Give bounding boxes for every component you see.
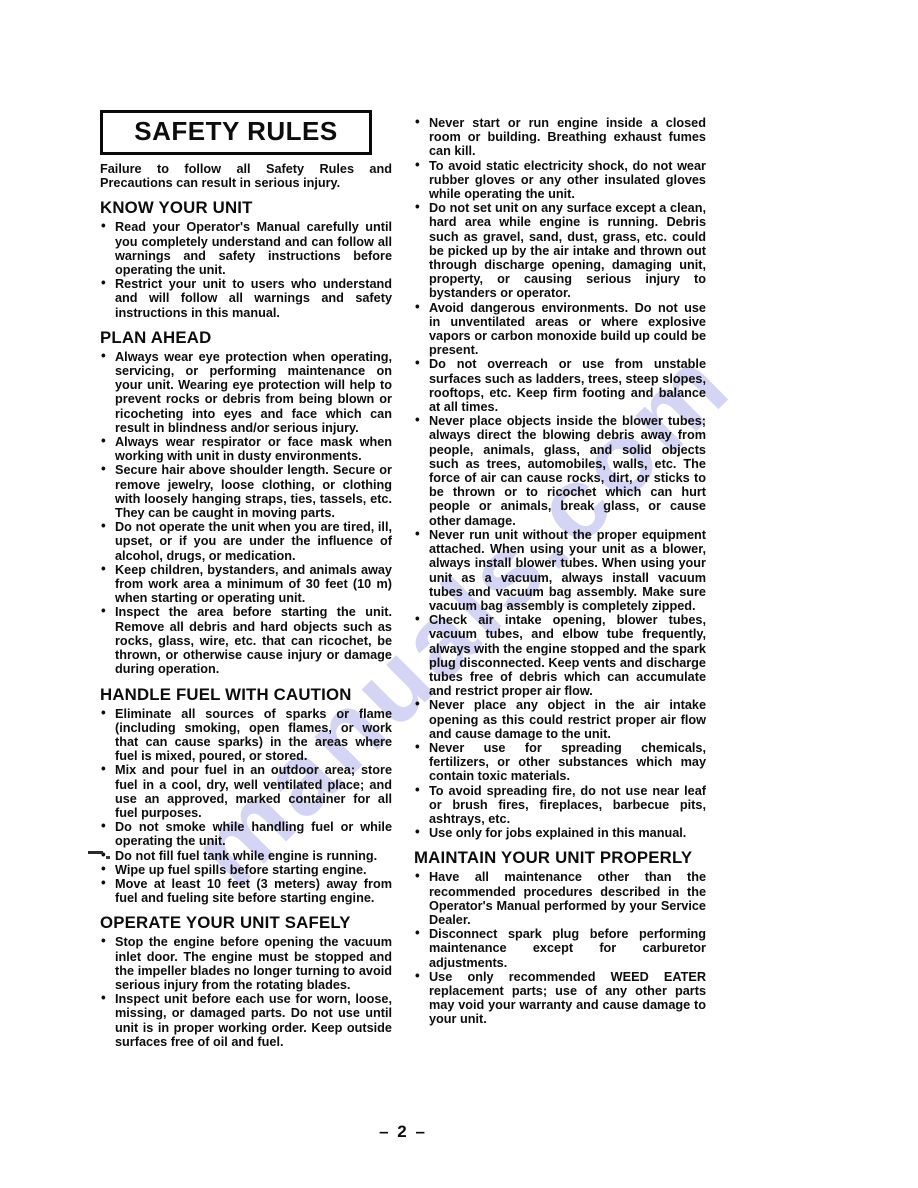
bullet-list: Never start or run engine inside a close… [414, 116, 706, 840]
bullet-item: Stop the engine before opening the vacuu… [100, 935, 392, 992]
section-heading: HANDLE FUEL WITH CAUTION [100, 685, 392, 705]
bullet-item: Check air intake opening, blower tubes, … [414, 613, 706, 698]
bullet-item: To avoid spreading fire, do not use near… [414, 784, 706, 827]
left-column: SAFETY RULES Failure to follow all Safet… [100, 110, 392, 1049]
bullet-item: Eliminate all sources of sparks or flame… [100, 707, 392, 764]
safety-rules-title-box: SAFETY RULES [100, 110, 372, 155]
bullet-list: Eliminate all sources of sparks or flame… [100, 707, 392, 906]
bullet-item: Do not operate the unit when you are tir… [100, 520, 392, 563]
bullet-item: Never place objects inside the blower tu… [414, 414, 706, 528]
bullet-item: Do not fill fuel tank while engine is ru… [100, 849, 392, 863]
bullet-item: Have all maintenance other than the reco… [414, 870, 706, 927]
section-heading: MAINTAIN YOUR UNIT PROPERLY [414, 848, 706, 868]
scan-artifact-dash [88, 851, 103, 854]
bullet-item: Never run unit without the proper equipm… [414, 528, 706, 613]
bullet-item: Avoid dangerous environments. Do not use… [414, 301, 706, 358]
bullet-list: Stop the engine before opening the vacuu… [100, 935, 392, 1049]
page-number: – 2 – [100, 1122, 706, 1142]
bullet-item: Wipe up fuel spills before starting engi… [100, 863, 392, 877]
bullet-list: Always wear eye protection when operatin… [100, 350, 392, 677]
bullet-item: Use only for jobs explained in this manu… [414, 826, 706, 840]
bullet-item: Disconnect spark plug before performing … [414, 927, 706, 970]
bullet-item: Do not set unit on any surface except a … [414, 201, 706, 300]
manual-page: manuals.com SAFETY RULES Failure to foll… [0, 0, 918, 1188]
scan-artifact-dot [106, 856, 110, 859]
bullet-item: Restrict your unit to users who understa… [100, 277, 392, 320]
bullet-item: Use only recommended WEED EATER replacem… [414, 970, 706, 1027]
bullet-item: Read your Operator's Manual carefully un… [100, 220, 392, 277]
bullet-item: Mix and pour fuel in an outdoor area; st… [100, 763, 392, 820]
bullet-item: Secure hair above shoulder length. Secur… [100, 463, 392, 520]
section-heading: PLAN AHEAD [100, 328, 392, 348]
bullet-list: Have all maintenance other than the reco… [414, 870, 706, 1026]
intro-paragraph: Failure to follow all Safety Rules and P… [100, 162, 392, 190]
section-heading: KNOW YOUR UNIT [100, 198, 392, 218]
bullet-item: Keep children, bystanders, and animals a… [100, 563, 392, 606]
bullet-item: Inspect unit before each use for worn, l… [100, 992, 392, 1049]
bullet-item: Never place any object in the air intake… [414, 698, 706, 741]
bullet-list: Read your Operator's Manual carefully un… [100, 220, 392, 319]
bullet-item: Never start or run engine inside a close… [414, 116, 706, 159]
page-content: SAFETY RULES Failure to follow all Safet… [100, 110, 706, 1049]
bullet-item: Move at least 10 feet (3 meters) away fr… [100, 877, 392, 905]
bullet-item: Do not overreach or use from unstable su… [414, 357, 706, 414]
bullet-item: To avoid static electricity shock, do no… [414, 159, 706, 202]
bullet-item: Inspect the area before starting the uni… [100, 605, 392, 676]
section-heading: OPERATE YOUR UNIT SAFELY [100, 913, 392, 933]
bullet-item: Always wear respirator or face mask when… [100, 435, 392, 463]
bullet-item: Never use for spreading chemicals, ferti… [414, 741, 706, 784]
bullet-item: Always wear eye protection when operatin… [100, 350, 392, 435]
bullet-item: Do not smoke while handling fuel or whil… [100, 820, 392, 848]
right-column: Never start or run engine inside a close… [414, 110, 706, 1049]
